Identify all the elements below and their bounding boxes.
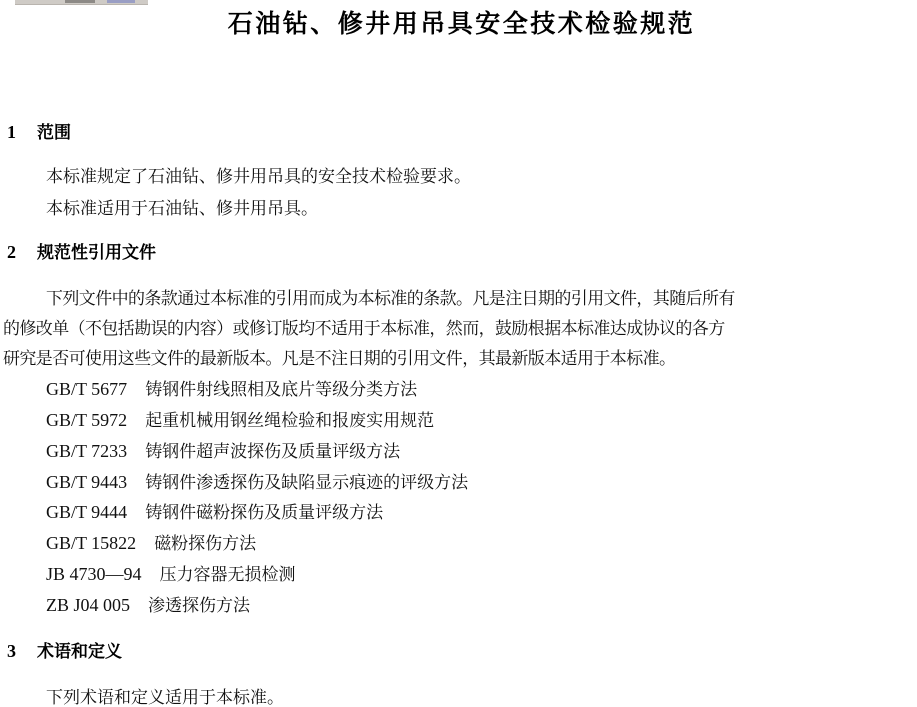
section-title: 术语和定义 xyxy=(37,642,122,662)
reference-title: 铸钢件渗透探伤及缺陷显示痕迹的评级方法 xyxy=(145,473,468,493)
reference-code: GB/T 15822 xyxy=(46,533,136,554)
reference-title: 起重机械用钢丝绳检验和报废实用规范 xyxy=(145,411,434,431)
reference-item: GB/T 15822磁粉探伤方法 xyxy=(46,529,256,554)
reference-code: ZB J04 005 xyxy=(46,595,130,616)
section-title: 规范性引用文件 xyxy=(37,243,156,263)
page-title: 石油钻、修井用吊具安全技术检验规范 xyxy=(0,4,917,40)
reference-item: GB/T 9444铸钢件磁粉探伤及质量评级方法 xyxy=(46,498,383,523)
reference-title: 铸钢件超声波探伤及质量评级方法 xyxy=(145,442,400,462)
reference-item: GB/T 5677铸钢件射线照相及底片等级分类方法 xyxy=(46,375,417,400)
section-title: 范围 xyxy=(37,123,71,143)
section-number: 1 xyxy=(7,122,37,143)
reference-code: GB/T 9443 xyxy=(46,472,127,493)
reference-title: 铸钢件磁粉探伤及质量评级方法 xyxy=(145,503,383,523)
reference-item: GB/T 5972起重机械用钢丝绳检验和报废实用规范 xyxy=(46,406,434,431)
reference-item: JB 4730—94压力容器无损检测 xyxy=(46,560,296,585)
paragraph: 本标准规定了石油钻、修井用吊具的安全技术检验要求。 xyxy=(46,162,471,187)
reference-item: GB/T 9443铸钢件渗透探伤及缺陷显示痕迹的评级方法 xyxy=(46,468,468,493)
reference-title: 渗透探伤方法 xyxy=(148,596,250,616)
paragraph: 下列术语和定义适用于本标准。 xyxy=(46,683,284,707)
reference-title: 压力容器无损检测 xyxy=(160,565,296,585)
reference-item: ZB J04 005渗透探伤方法 xyxy=(46,591,250,616)
reference-code: GB/T 9444 xyxy=(46,502,127,523)
reference-item: GB/T 7233铸钢件超声波探伤及质量评级方法 xyxy=(46,437,400,462)
paragraph-line: 的修改单（不包括勘误的内容）或修订版均不适用于本标准，然而，鼓励根据本标准达成协… xyxy=(3,314,725,339)
section-number: 3 xyxy=(7,641,37,662)
toolbar-icon xyxy=(107,0,135,3)
reference-code: JB 4730—94 xyxy=(46,564,142,585)
paragraph-line: 下列文件中的条款通过本标准的引用而成为本标准的条款。凡是注日期的引用文件，其随后… xyxy=(46,284,735,309)
reference-title: 磁粉探伤方法 xyxy=(154,534,256,554)
reference-title: 铸钢件射线照相及底片等级分类方法 xyxy=(145,380,417,400)
paragraph-line: 研究是否可使用这些文件的最新版本。凡是不注日期的引用文件，其最新版本适用于本标准… xyxy=(3,344,675,369)
reference-code: GB/T 5972 xyxy=(46,410,127,431)
paragraph: 本标准适用于石油钻、修井用吊具。 xyxy=(46,194,318,219)
section-heading-2: 2规范性引用文件 xyxy=(7,238,156,263)
section-number: 2 xyxy=(7,242,37,263)
reference-code: GB/T 5677 xyxy=(46,379,127,400)
reference-code: GB/T 7233 xyxy=(46,441,127,462)
section-heading-1: 1范围 xyxy=(7,118,71,143)
toolbar-icon xyxy=(65,0,95,3)
section-heading-3: 3术语和定义 xyxy=(7,637,122,662)
